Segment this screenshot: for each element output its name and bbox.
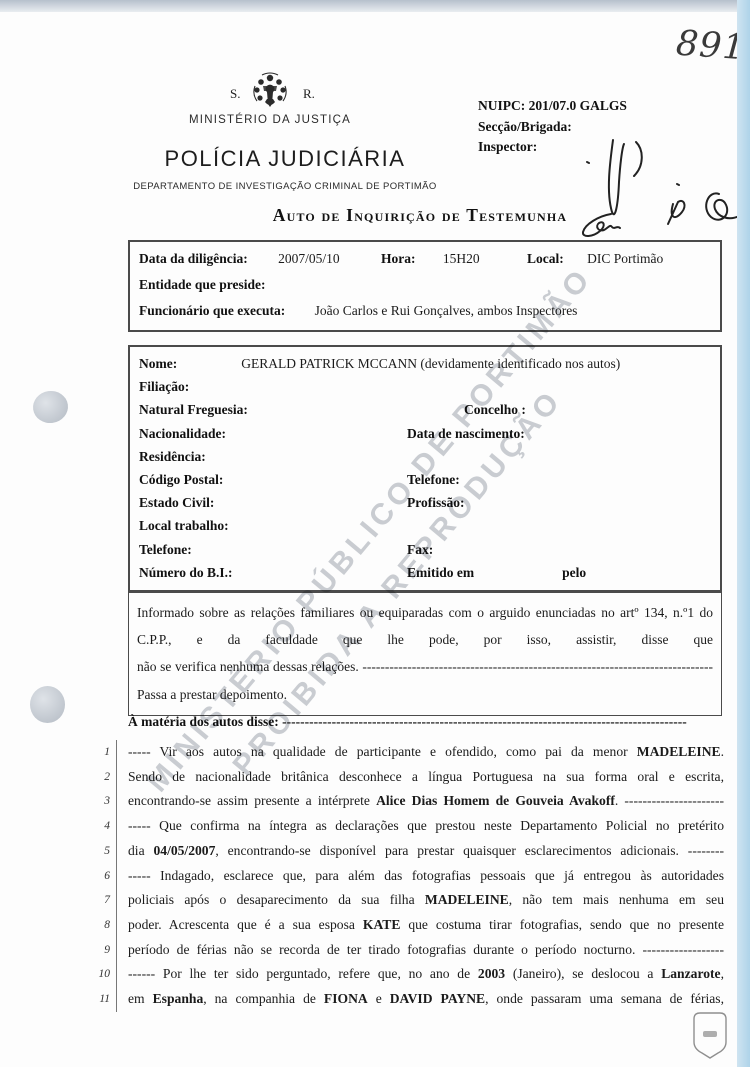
deposition-text: período de férias não se recorda de ter … <box>116 938 724 963</box>
nome-value: GERALD PATRICK MCCANN (devidamente ident… <box>241 352 620 375</box>
deposition-text: ------ Por lhe ter sido perguntado, refe… <box>116 962 724 987</box>
hole-punch-bottom <box>30 686 65 723</box>
diligence-row-3: Funcionário que executa: João Carlos e R… <box>139 298 711 324</box>
s-initial: S. <box>230 86 240 102</box>
nuipc-value: NUIPC: 201/07.0 GALGS <box>478 96 627 117</box>
deposition-line: 3encontrando-se assim presente a intérpr… <box>88 789 724 814</box>
diligence-row-2: Entidade que preside: <box>139 272 711 298</box>
nome-label: Nome: <box>139 352 177 375</box>
department-label: DEPARTAMENTO DE INVESTIGAÇÃO CRIMINAL DE… <box>130 181 440 192</box>
data-diligencia-value: 2007/05/10 <box>278 251 340 266</box>
telefone-label-1: Telefone: <box>407 468 711 491</box>
deposition-line: 6----- Indagado, esclarece que, para alé… <box>88 864 724 889</box>
deposition-line: 1----- Vir aos autos na qualidade de par… <box>88 740 724 765</box>
deposition-text: ----- Indagado, esclarece que, para além… <box>116 864 724 889</box>
notice-line: não se verifica nenhuma dessas relações.… <box>137 653 713 680</box>
local-label: Local: <box>527 251 564 266</box>
profissao-label: Profissão: <box>407 491 711 514</box>
deposition-line: 5dia 04/05/2007, encontrando-se disponív… <box>88 839 724 864</box>
line-number: 1 <box>88 740 116 765</box>
notice-line: Passa a prestar depoimento. <box>137 681 713 708</box>
line-number: 9 <box>88 938 116 963</box>
notice-box: Informado sobre as relações familiares o… <box>128 592 722 716</box>
local-trabalho-label: Local trabalho: <box>139 514 229 537</box>
line-number: 7 <box>88 888 116 913</box>
identity-row-nacionalidade: Nacionalidade: Data de nascimento: <box>139 422 711 445</box>
hora-label: Hora: <box>381 251 416 266</box>
estado-civil-label: Estado Civil: <box>139 491 407 514</box>
natural-label: Natural Freguesia: <box>139 398 407 421</box>
police-org-title: POLÍCIA JUDICIÁRIA <box>145 146 425 172</box>
data-diligencia-label: Data da diligência: <box>139 251 248 266</box>
deposition-text: encontrando-se assim presente a intérpre… <box>116 789 724 814</box>
handwritten-signatures-icon <box>573 124 745 240</box>
local-value: DIC Portimão <box>587 251 663 266</box>
nacionalidade-label: Nacionalidade: <box>139 422 407 445</box>
deposition-lines: 1----- Vir aos autos na qualidade de par… <box>88 740 724 1012</box>
scan-edge-top <box>0 0 750 12</box>
nascimento-label: Data de nascimento: <box>407 422 711 445</box>
filiacao-label: Filiação: <box>139 375 189 398</box>
identity-row-trabalho: Local trabalho: <box>139 514 711 537</box>
identity-row-residencia: Residência: <box>139 445 711 468</box>
materia-heading: À matéria dos autos disse: -------------… <box>128 711 722 733</box>
line-number: 8 <box>88 913 116 938</box>
pelo-label: pelo <box>562 565 586 580</box>
hole-punch-top <box>31 389 70 426</box>
scan-edge-right <box>737 0 750 1067</box>
codigo-postal-label: Código Postal: <box>139 468 407 491</box>
materia-label: À matéria dos autos disse: <box>128 714 279 729</box>
materia-dashes: ----------------------------------------… <box>279 714 687 729</box>
line-number: 6 <box>88 864 116 889</box>
emitido-label: Emitido em <box>407 565 474 580</box>
line-number: 11 <box>88 987 116 1012</box>
deposition-line: 4----- Que confirma na íntegra as declar… <box>88 814 724 839</box>
identity-row-codigo: Código Postal: Telefone: <box>139 468 711 491</box>
line-number: 5 <box>88 839 116 864</box>
diligence-table: Data da diligência: 2007/05/10 Hora: 15H… <box>128 240 722 332</box>
telefone-label-2: Telefone: <box>139 538 407 561</box>
deposition-text: em Espanha, na companhia de FIONA e DAVI… <box>116 987 724 1012</box>
national-crest-icon <box>247 68 293 114</box>
ministry-label: MINISTÉRIO DA JUSTIÇA <box>140 114 400 126</box>
identity-row-natural: Natural Freguesia: Concelho : <box>139 398 711 421</box>
residencia-label: Residência: <box>139 445 206 468</box>
deposition-text: Sendo de nacionalidade britânica desconh… <box>116 765 724 790</box>
identity-table: Nome: GERALD PATRICK MCCANN (devidamente… <box>128 345 722 592</box>
hora-value: 15H20 <box>443 251 480 266</box>
r-initial: R. <box>303 86 315 102</box>
identity-row-estado: Estado Civil: Profissão: <box>139 491 711 514</box>
fax-label: Fax: <box>407 538 711 561</box>
deposition-text: ----- Vir aos autos na qualidade de part… <box>116 740 724 765</box>
entidade-label: Entidade que preside: <box>139 277 266 292</box>
identity-row-telefone: Telefone: Fax: <box>139 538 711 561</box>
funcionario-label: Funcionário que executa: <box>139 303 285 318</box>
line-number: 2 <box>88 765 116 790</box>
deposition-line: 10------ Por lhe ter sido perguntado, re… <box>88 962 724 987</box>
numero-bi-label: Número do B.I.: <box>139 561 407 584</box>
identity-row-filiacao: Filiação: <box>139 375 711 398</box>
deposition-line: 8poder. Acrescenta que é a sua esposa KA… <box>88 913 724 938</box>
line-number: 10 <box>88 962 116 987</box>
deposition-line: 11em Espanha, na companhia de FIONA e DA… <box>88 987 724 1012</box>
identity-row-bi: Número do B.I.: Emitido empelo <box>139 561 711 584</box>
concelho-label: Concelho : <box>464 402 526 417</box>
identity-row-nome: Nome: GERALD PATRICK MCCANN (devidamente… <box>139 352 711 375</box>
line-number: 4 <box>88 814 116 839</box>
deposition-line: 2Sendo de nacionalidade britânica descon… <box>88 765 724 790</box>
notice-line: C.P.P., e da faculdade que lhe pode, por… <box>137 626 713 653</box>
deposition-text: ----- Que confirma na íntegra as declara… <box>116 814 724 839</box>
deposition-text: poder. Acrescenta que é a sua esposa KAT… <box>116 913 724 938</box>
diligence-row-1: Data da diligência: 2007/05/10 Hora: 15H… <box>139 246 711 272</box>
deposition-line: 9período de férias não se recorda de ter… <box>88 938 724 963</box>
funcionario-value: João Carlos e Rui Gonçalves, ambos Inspe… <box>315 303 578 318</box>
notice-line: Informado sobre as relações familiares o… <box>137 599 713 626</box>
line-number: 3 <box>88 789 116 814</box>
scanned-document-page: MINISTÉRIO PÚBLICO DE PORTIMÃO PROIBIDA … <box>0 0 750 1067</box>
deposition-line: 7policiais após o desaparecimento da sua… <box>88 888 724 913</box>
corner-stamp <box>686 1010 734 1066</box>
deposition-text: dia 04/05/2007, encontrando-se disponíve… <box>116 839 724 864</box>
deposition-text: policiais após o desaparecimento da sua … <box>116 888 724 913</box>
